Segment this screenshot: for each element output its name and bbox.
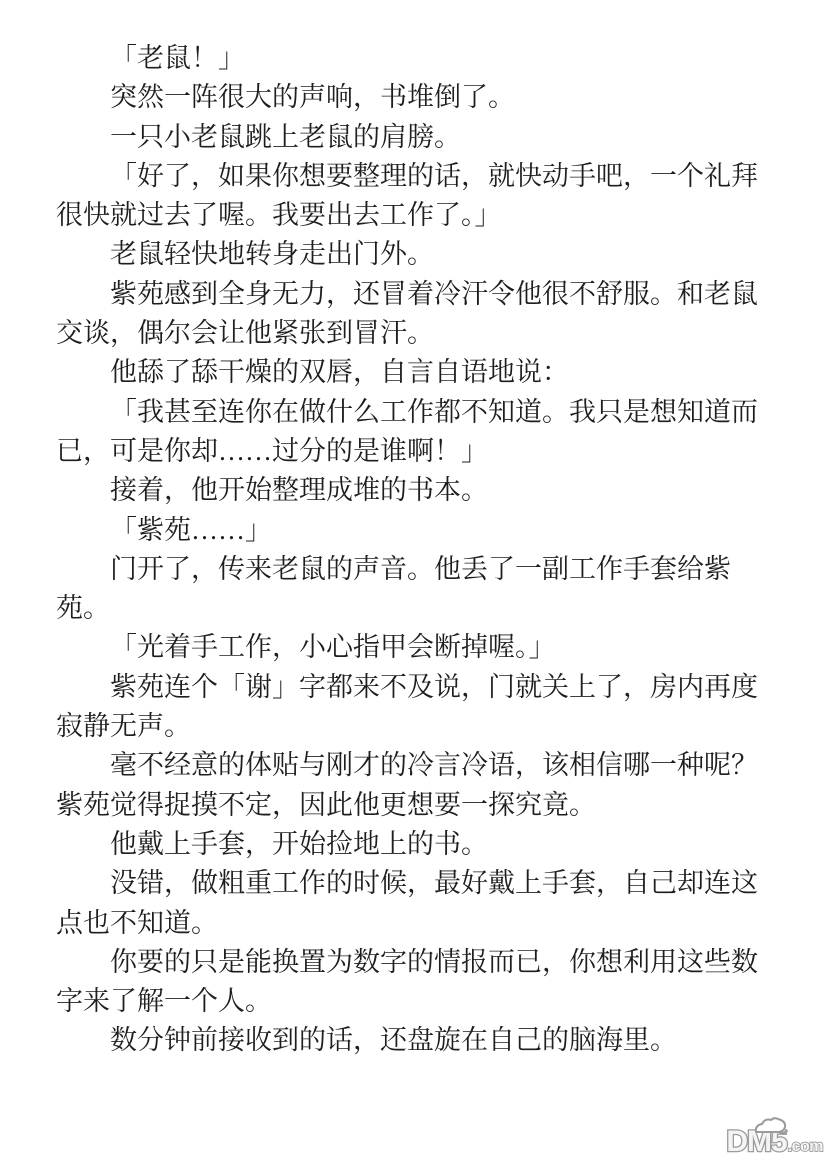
novel-text-block: 「老鼠！」突然一阵很大的声响，书堆倒了。一只小老鼠跳上老鼠的肩膀。「好了，如果你… [56,39,771,1061]
text-line: 紫苑连个「谢」字都来不及说，门就关上了，房内再度 [56,668,771,707]
dm5-watermark: DM5.com [726,1127,823,1161]
dm5-tld-text: .com [788,1139,823,1155]
text-line: 「老鼠！」 [56,39,771,78]
text-line: 数分钟前接收到的话，还盘旋在自己的脑海里。 [56,1021,771,1060]
text-line: 他舔了舔干燥的双唇，自言自语地说： [56,353,771,392]
text-line: 老鼠轻快地转身走出门外。 [56,235,771,274]
text-line: 「好了，如果你想要整理的话，就快动手吧，一个礼拜 [56,157,771,196]
text-line: 一只小老鼠跳上老鼠的肩膀。 [56,118,771,157]
text-line: 门开了，传来老鼠的声音。他丢了一副工作手套给紫 [56,550,771,589]
text-line: 很快就过去了喔。我要出去工作了。」 [56,196,771,235]
text-line: 紫苑觉得捉摸不定，因此他更想要一探究竟。 [56,786,771,825]
text-line: 毫不经意的体贴与刚才的冷言冷语，该相信哪一种呢？ [56,746,771,785]
text-line: 突然一阵很大的声响，书堆倒了。 [56,78,771,117]
text-line: 点也不知道。 [56,904,771,943]
text-line: 「光着手工作，小心指甲会断掉喔。」 [56,628,771,667]
text-line: 没错，做粗重工作的时候，最好戴上手套，自己却连这 [56,864,771,903]
text-line: 紫苑感到全身无力，还冒着冷汗令他很不舒服。和老鼠 [56,275,771,314]
text-line: 寂静无声。 [56,707,771,746]
text-line: 他戴上手套，开始捡地上的书。 [56,825,771,864]
text-line: 已，可是你却……过分的是谁啊！」 [56,432,771,471]
text-line: 苑。 [56,589,771,628]
text-line: 交谈，偶尔会让他紧张到冒汗。 [56,314,771,353]
mouse-doodle-icon [753,1116,789,1136]
text-line: 接着，他开始整理成堆的书本。 [56,471,771,510]
text-line: 「我甚至连你在做什么工作都不知道。我只是想知道而 [56,393,771,432]
text-line: 你要的只是能换置为数字的情报而已，你想利用这些数 [56,943,771,982]
text-line: 字来了解一个人。 [56,982,771,1021]
novel-page: 「老鼠！」突然一阵很大的声响，书堆倒了。一只小老鼠跳上老鼠的肩膀。「好了，如果你… [0,0,826,1169]
text-line: 「紫苑……」 [56,511,771,550]
